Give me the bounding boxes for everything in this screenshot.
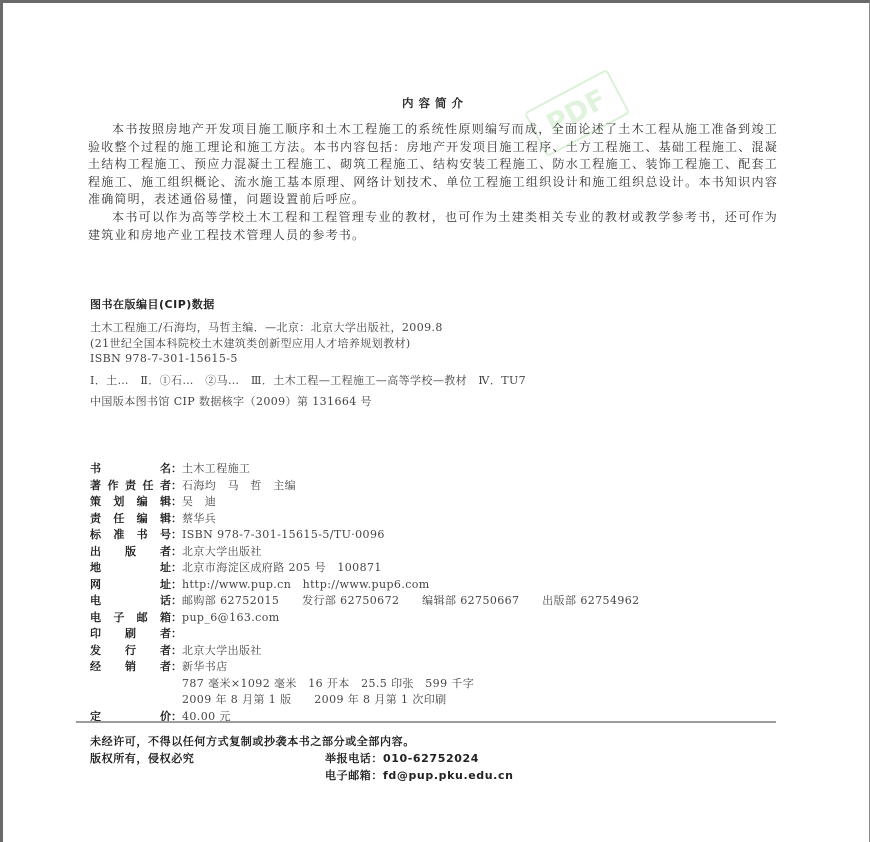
report-phone: 举报电话：010-62752024 <box>325 750 479 767</box>
colophon-label-char: 编 <box>137 494 148 511</box>
copyright-row: 版权所有，侵权必究 举报电话：010-62752024 <box>90 750 415 767</box>
colophon-label-char: 书 <box>137 527 148 544</box>
colophon-row: 标准书号：ISBN 978-7-301-15615-5/TU·0096 <box>90 527 640 544</box>
colophon-label: 策划编辑： <box>90 494 182 511</box>
report-email: 电子邮箱：fd@pup.pku.edu.cn <box>325 767 514 784</box>
copyright-block: 未经许可，不得以任何方式复制或抄袭本书之部分或全部内容。 版权所有，侵权必究 举… <box>90 733 415 784</box>
cip-block: 土木工程施工/石海均，马哲主编．—北京：北京大学出版社，2009.8 (21世纪… <box>90 320 526 410</box>
colophon-label: 经销者： <box>90 659 182 676</box>
colophon-label-char: 地 <box>90 560 101 577</box>
colophon-label: 发行者： <box>90 643 182 660</box>
cip-record-number: 中国版本图书馆 CIP 数据核字（2009）第 131664 号 <box>90 394 526 410</box>
colophon-label-char: 划 <box>113 494 124 511</box>
colophon-label-char: 刷 <box>125 626 136 643</box>
report-phone-label: 举报电话： <box>325 752 383 765</box>
colophon-label-char: 辑： <box>160 494 182 511</box>
colophon-label-char: 者： <box>160 626 182 643</box>
colophon-label-char: 子 <box>113 610 124 627</box>
colophon-label-char: 辑： <box>160 511 182 528</box>
colophon-value: 蔡华兵 <box>182 511 216 528</box>
colophon-label-char: 出 <box>90 544 101 561</box>
colophon-label-char: 编 <box>137 511 148 528</box>
intro-body: 本书按照房地产开发项目施工顺序和土木工程施工的系统性原则编写而成，全面论述了土木… <box>88 121 778 244</box>
colophon-label-char: 者： <box>160 544 182 561</box>
colophon-label-char: 标 <box>90 527 101 544</box>
colophon-label-char: 著 <box>90 478 101 495</box>
colophon-label-char: 责 <box>125 478 136 495</box>
colophon-value: 2009 年 8 月第 1 版 2009 年 8 月第 1 次印刷 <box>182 692 447 709</box>
colophon-row: 经销者：新华书店 <box>90 659 640 676</box>
report-email-label: 电子邮箱： <box>325 769 383 782</box>
colophon-row: 电子邮箱：pup_6@163.com <box>90 610 640 627</box>
colophon-label-char: 任 <box>113 511 124 528</box>
colophon-label-char: 址： <box>160 560 182 577</box>
colophon-value: http://www.pup.cn http://www.pup6.com <box>182 577 430 594</box>
colophon-row: 787 毫米×1092 毫米 16 开本 25.5 印张 599 千字 <box>90 676 640 693</box>
colophon-value: 吴 迪 <box>182 494 216 511</box>
colophon-value: 石海均 马 哲 主编 <box>182 478 296 495</box>
colophon-row: 著作责任者：石海均 马 哲 主编 <box>90 478 640 495</box>
colophon-label-char: 网 <box>90 577 101 594</box>
colophon-table: 书名：土木工程施工著作责任者：石海均 马 哲 主编策划编辑：吴 迪责任编辑：蔡华… <box>90 461 640 725</box>
colophon-label <box>90 692 182 709</box>
colophon-label-char: 经 <box>90 659 101 676</box>
colophon-label-char: 电 <box>90 610 101 627</box>
colophon-label: 网址： <box>90 577 182 594</box>
copyright-row: 电子邮箱：fd@pup.pku.edu.cn <box>90 767 415 784</box>
colophon-label: 书名： <box>90 461 182 478</box>
colophon-label-char: 策 <box>90 494 101 511</box>
colophon-row: 印刷者： <box>90 626 640 643</box>
colophon-label-char: 销 <box>125 659 136 676</box>
colophon-label: 地址： <box>90 560 182 577</box>
colophon-value: 新华书店 <box>182 659 228 676</box>
colophon-value: ISBN 978-7-301-15615-5/TU·0096 <box>182 527 385 544</box>
colophon-value: 土木工程施工 <box>182 461 250 478</box>
cip-heading: 图书在版编目(CIP)数据 <box>90 296 215 312</box>
colophon-label-char: 名： <box>160 461 182 478</box>
colophon-label-char: 话： <box>160 593 182 610</box>
cip-line: ISBN 978-7-301-15615-5 <box>90 351 526 367</box>
colophon-label-char: 者： <box>160 478 182 495</box>
copyright-notice: 未经许可，不得以任何方式复制或抄袭本书之部分或全部内容。 <box>90 733 415 750</box>
colophon-label-char: 址： <box>160 577 182 594</box>
colophon-label-char: 行 <box>125 643 136 660</box>
colophon-label-char: 邮 <box>137 610 148 627</box>
colophon-row: 书名：土木工程施工 <box>90 461 640 478</box>
colophon-row: 电话：邮购部 62752015 发行部 62750672 编辑部 6275066… <box>90 593 640 610</box>
colophon-value: 北京市海淀区成府路 205 号 100871 <box>182 560 382 577</box>
rights-reserved: 版权所有，侵权必究 <box>90 752 194 765</box>
colophon-label: 出版者： <box>90 544 182 561</box>
colophon-row: 出版者：北京大学出版社 <box>90 544 640 561</box>
cip-line: 土木工程施工/石海均，马哲主编．—北京：北京大学出版社，2009.8 <box>90 320 526 336</box>
colophon-label: 印刷者： <box>90 626 182 643</box>
divider-line <box>76 721 776 723</box>
colophon-value: pup_6@163.com <box>182 610 280 627</box>
colophon-row: 责任编辑：蔡华兵 <box>90 511 640 528</box>
colophon-value: 北京大学出版社 <box>182 544 262 561</box>
colophon-label-char: 者： <box>160 659 182 676</box>
colophon-value: 邮购部 62752015 发行部 62750672 编辑部 62750667 出… <box>182 593 640 610</box>
colophon-label-char: 书 <box>90 461 101 478</box>
colophon-row: 2009 年 8 月第 1 版 2009 年 8 月第 1 次印刷 <box>90 692 640 709</box>
colophon-label-char: 箱： <box>160 610 182 627</box>
colophon-label-char: 发 <box>90 643 101 660</box>
cip-classification: Ⅰ．土… Ⅱ．①石… ②马… Ⅲ．土木工程—工程施工—高等学校—教材 Ⅳ．TU7 <box>90 373 526 389</box>
intro-title: 内容简介 <box>0 95 870 111</box>
colophon-row: 地址：北京市海淀区成府路 205 号 100871 <box>90 560 640 577</box>
intro-paragraph: 本书按照房地产开发项目施工顺序和土木工程施工的系统性原则编写而成，全面论述了土木… <box>88 121 778 209</box>
colophon-row: 策划编辑：吴 迪 <box>90 494 640 511</box>
report-phone-value: 010-62752024 <box>383 752 479 765</box>
colophon-label: 著作责任者： <box>90 478 182 495</box>
report-email-value[interactable]: fd@pup.pku.edu.cn <box>383 769 514 782</box>
colophon-label: 电子邮箱： <box>90 610 182 627</box>
colophon-label-char: 版 <box>125 544 136 561</box>
colophon-label: 责任编辑： <box>90 511 182 528</box>
colophon-value: 北京大学出版社 <box>182 643 262 660</box>
colophon-label-char: 准 <box>113 527 124 544</box>
colophon-label-char: 责 <box>90 511 101 528</box>
colophon-label-char: 电 <box>90 593 101 610</box>
colophon-label-char: 者： <box>160 643 182 660</box>
colophon-label-char: 印 <box>90 626 101 643</box>
colophon-row: 发行者：北京大学出版社 <box>90 643 640 660</box>
colophon-row: 网址：http://www.pup.cn http://www.pup6.com <box>90 577 640 594</box>
colophon-label: 标准书号： <box>90 527 182 544</box>
colophon-label-char: 作 <box>108 478 119 495</box>
colophon-label: 电话： <box>90 593 182 610</box>
colophon-label-char: 任 <box>143 478 154 495</box>
colophon-label <box>90 676 182 693</box>
colophon-value: 787 毫米×1092 毫米 16 开本 25.5 印张 599 千字 <box>182 676 474 693</box>
cip-line: (21世纪全国本科院校土木建筑类创新型应用人才培养规划教材) <box>90 336 526 352</box>
intro-paragraph: 本书可以作为高等学校土木工程和工程管理专业的教材，也可作为土建类相关专业的教材或… <box>88 209 778 244</box>
colophon-label-char: 号： <box>160 527 182 544</box>
